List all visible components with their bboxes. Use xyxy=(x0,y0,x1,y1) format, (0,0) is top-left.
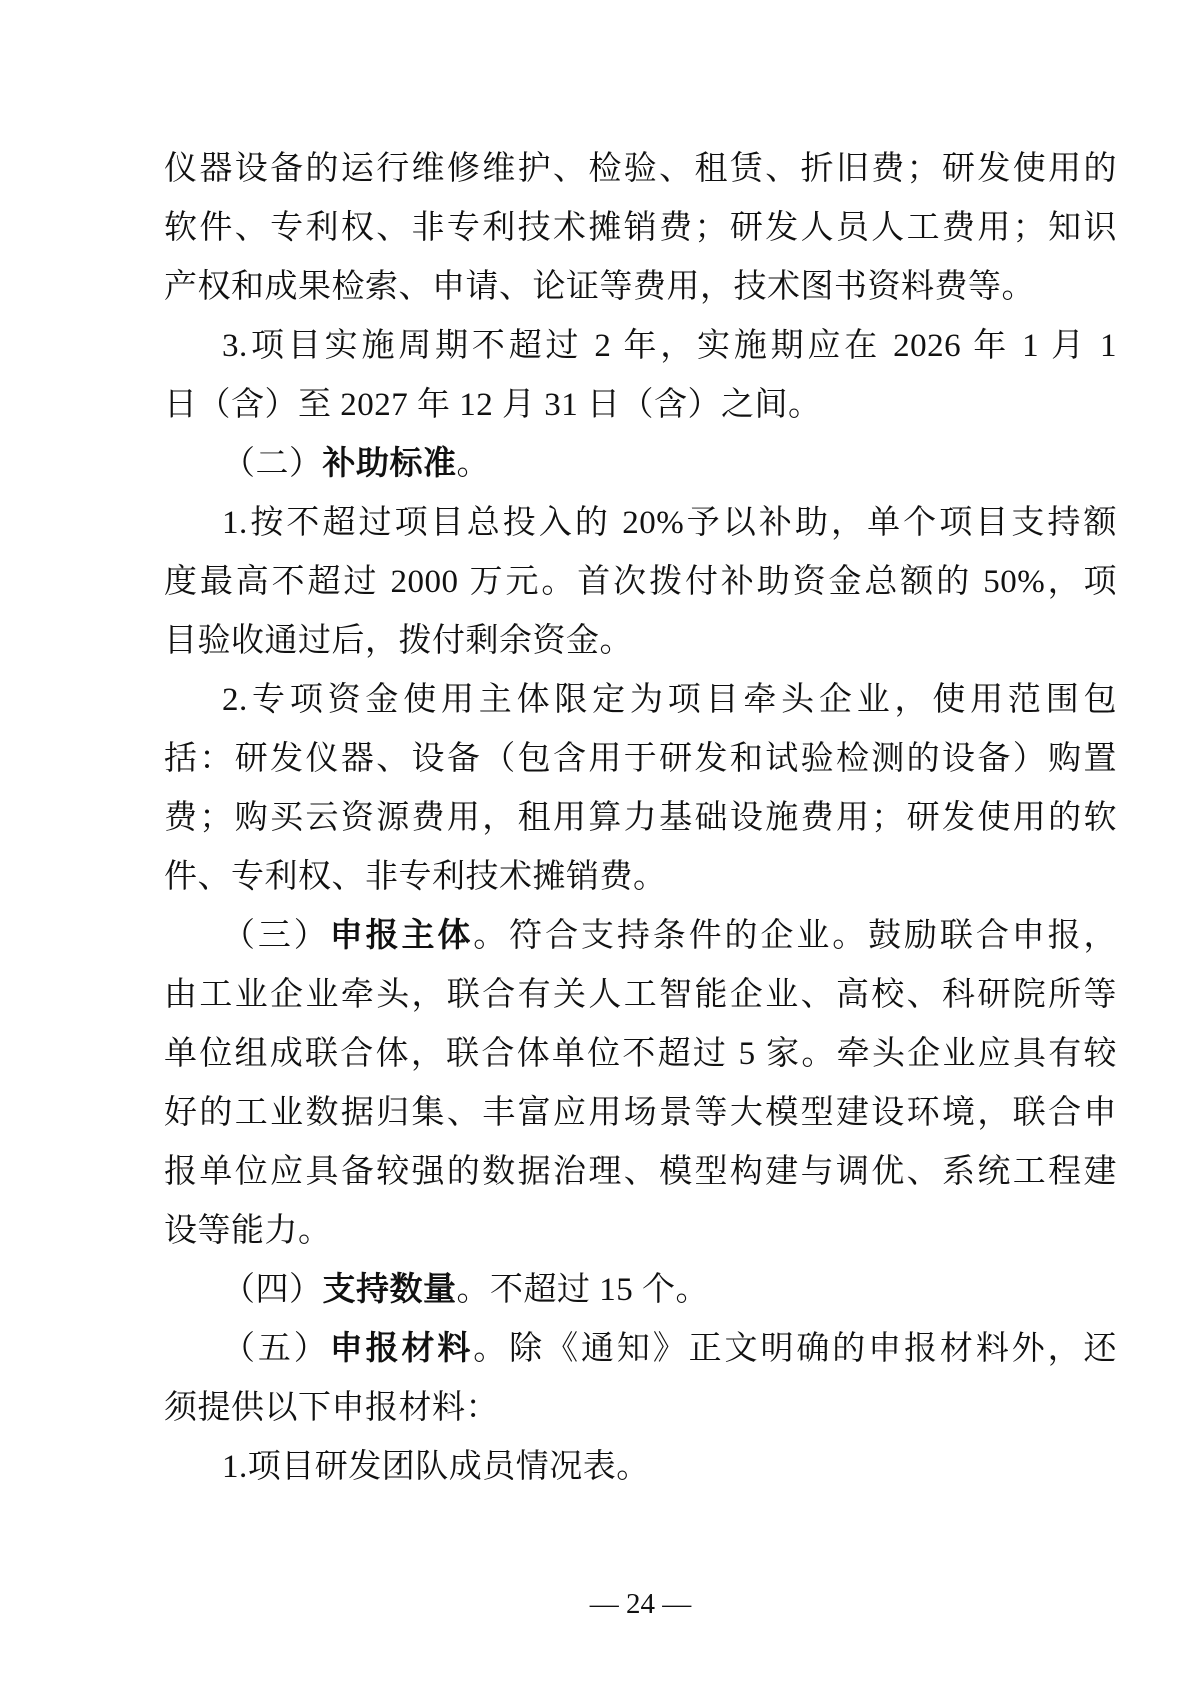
body-text-segment: 报单位应具备较强的数据治理、模型构建与调优、系统工程建 xyxy=(164,1154,1117,1190)
text-line: （三）申报主体。符合支持条件的企业。鼓励联合申报， xyxy=(164,907,1117,966)
body-text-segment: 2.专项资金使用主体限定为项目牵头企业，使用范围包 xyxy=(222,682,1117,718)
text-line: 费；购买云资源费用，租用算力基础设施费用；研发使用的软 xyxy=(164,789,1117,848)
page-footer: — 24 — xyxy=(164,1584,1117,1624)
body-text-segment: 。不超过 15 个。 xyxy=(457,1272,710,1308)
body-text-segment: （三） xyxy=(222,918,330,954)
section-heading-text: 申报材料 xyxy=(330,1331,474,1367)
text-line: （四）支持数量。不超过 15 个。 xyxy=(164,1261,1117,1320)
text-line: 2.专项资金使用主体限定为项目牵头企业，使用范围包 xyxy=(164,671,1117,730)
text-line: 由工业企业牵头，联合有关人工智能企业、高校、科研院所等 xyxy=(164,966,1117,1025)
text-line: 度最高不超过 2000 万元。首次拨付补助资金总额的 50%，项 xyxy=(164,553,1117,612)
text-line: 括：研发仪器、设备（包含用于研发和试验检测的设备）购置 xyxy=(164,730,1117,789)
text-line: 件、专利权、非专利技术摊销费。 xyxy=(164,848,1117,907)
text-line: （五）申报材料。除《通知》正文明确的申报材料外，还 xyxy=(164,1320,1117,1379)
text-line: 软件、专利权、非专利技术摊销费；研发人员人工费用；知识 xyxy=(164,199,1117,258)
text-line: 1.按不超过项目总投入的 20%予以补助，单个项目支持额 xyxy=(164,494,1117,553)
body-text-segment: 1.按不超过项目总投入的 20%予以补助，单个项目支持额 xyxy=(222,505,1117,541)
section-heading-text: 支持数量 xyxy=(323,1272,457,1308)
text-line: 好的工业数据归集、丰富应用场景等大模型建设环境，联合申 xyxy=(164,1084,1117,1143)
body-text-segment: 由工业企业牵头，联合有关人工智能企业、高校、科研院所等 xyxy=(164,977,1117,1013)
section-heading-text: 申报主体 xyxy=(330,918,474,954)
body-text-segment: （二） xyxy=(222,446,323,482)
text-line: 设等能力。 xyxy=(164,1202,1117,1261)
page-number: — 24 — xyxy=(590,1588,692,1620)
document-page: 仪器设备的运行维修维护、检验、租赁、折旧费；研发使用的软件、专利权、非专利技术摊… xyxy=(0,0,1190,1683)
text-line: 1.项目研发团队成员情况表。 xyxy=(164,1438,1117,1497)
body-text-segment: 日（含）至 2027 年 12 月 31 日（含）之间。 xyxy=(164,387,822,423)
body-text-segment: 。除《通知》正文明确的申报材料外，还 xyxy=(473,1331,1117,1367)
body-text-segment: 3.项目实施周期不超过 2 年，实施期应在 2026 年 1 月 1 xyxy=(222,328,1117,364)
body-text-segment: 仪器设备的运行维修维护、检验、租赁、折旧费；研发使用的 xyxy=(164,151,1117,187)
body-text-segment: 费；购买云资源费用，租用算力基础设施费用；研发使用的软 xyxy=(164,800,1117,836)
document-body: 仪器设备的运行维修维护、检验、租赁、折旧费；研发使用的软件、专利权、非专利技术摊… xyxy=(164,140,1117,1497)
text-line: （二）补助标准。 xyxy=(164,435,1117,494)
body-text-segment: 设等能力。 xyxy=(164,1213,332,1249)
text-line: 3.项目实施周期不超过 2 年，实施期应在 2026 年 1 月 1 xyxy=(164,317,1117,376)
text-line: 产权和成果检索、申请、论证等费用，技术图书资料费等。 xyxy=(164,258,1117,317)
body-text-segment: 好的工业数据归集、丰富应用场景等大模型建设环境，联合申 xyxy=(164,1095,1117,1131)
text-line: 目验收通过后，拨付剩余资金。 xyxy=(164,612,1117,671)
body-text-segment: 。符合支持条件的企业。鼓励联合申报， xyxy=(473,918,1117,954)
body-text-segment: 须提供以下申报材料： xyxy=(164,1390,499,1426)
text-line: 日（含）至 2027 年 12 月 31 日（含）之间。 xyxy=(164,376,1117,435)
section-heading-text: 补助标准 xyxy=(323,446,457,482)
text-line: 仪器设备的运行维修维护、检验、租赁、折旧费；研发使用的 xyxy=(164,140,1117,199)
body-text-segment: 括：研发仪器、设备（包含用于研发和试验检测的设备）购置 xyxy=(164,741,1117,777)
body-text-segment: 。 xyxy=(457,446,491,482)
body-text-segment: （四） xyxy=(222,1272,323,1308)
text-line: 单位组成联合体，联合体单位不超过 5 家。牵头企业应具有较 xyxy=(164,1025,1117,1084)
body-text-segment: 单位组成联合体，联合体单位不超过 5 家。牵头企业应具有较 xyxy=(164,1036,1117,1072)
body-text-segment: 产权和成果检索、申请、论证等费用，技术图书资料费等。 xyxy=(164,269,1035,305)
body-text-segment: 软件、专利权、非专利技术摊销费；研发人员人工费用；知识 xyxy=(164,210,1117,246)
text-line: 须提供以下申报材料： xyxy=(164,1379,1117,1438)
body-text-segment: 件、专利权、非专利技术摊销费。 xyxy=(164,859,667,895)
body-text-segment: （五） xyxy=(222,1331,330,1367)
text-line: 报单位应具备较强的数据治理、模型构建与调优、系统工程建 xyxy=(164,1143,1117,1202)
body-text-segment: 度最高不超过 2000 万元。首次拨付补助资金总额的 50%，项 xyxy=(164,564,1117,600)
body-text-segment: 1.项目研发团队成员情况表。 xyxy=(222,1449,650,1485)
body-text-segment: 目验收通过后，拨付剩余资金。 xyxy=(164,623,633,659)
